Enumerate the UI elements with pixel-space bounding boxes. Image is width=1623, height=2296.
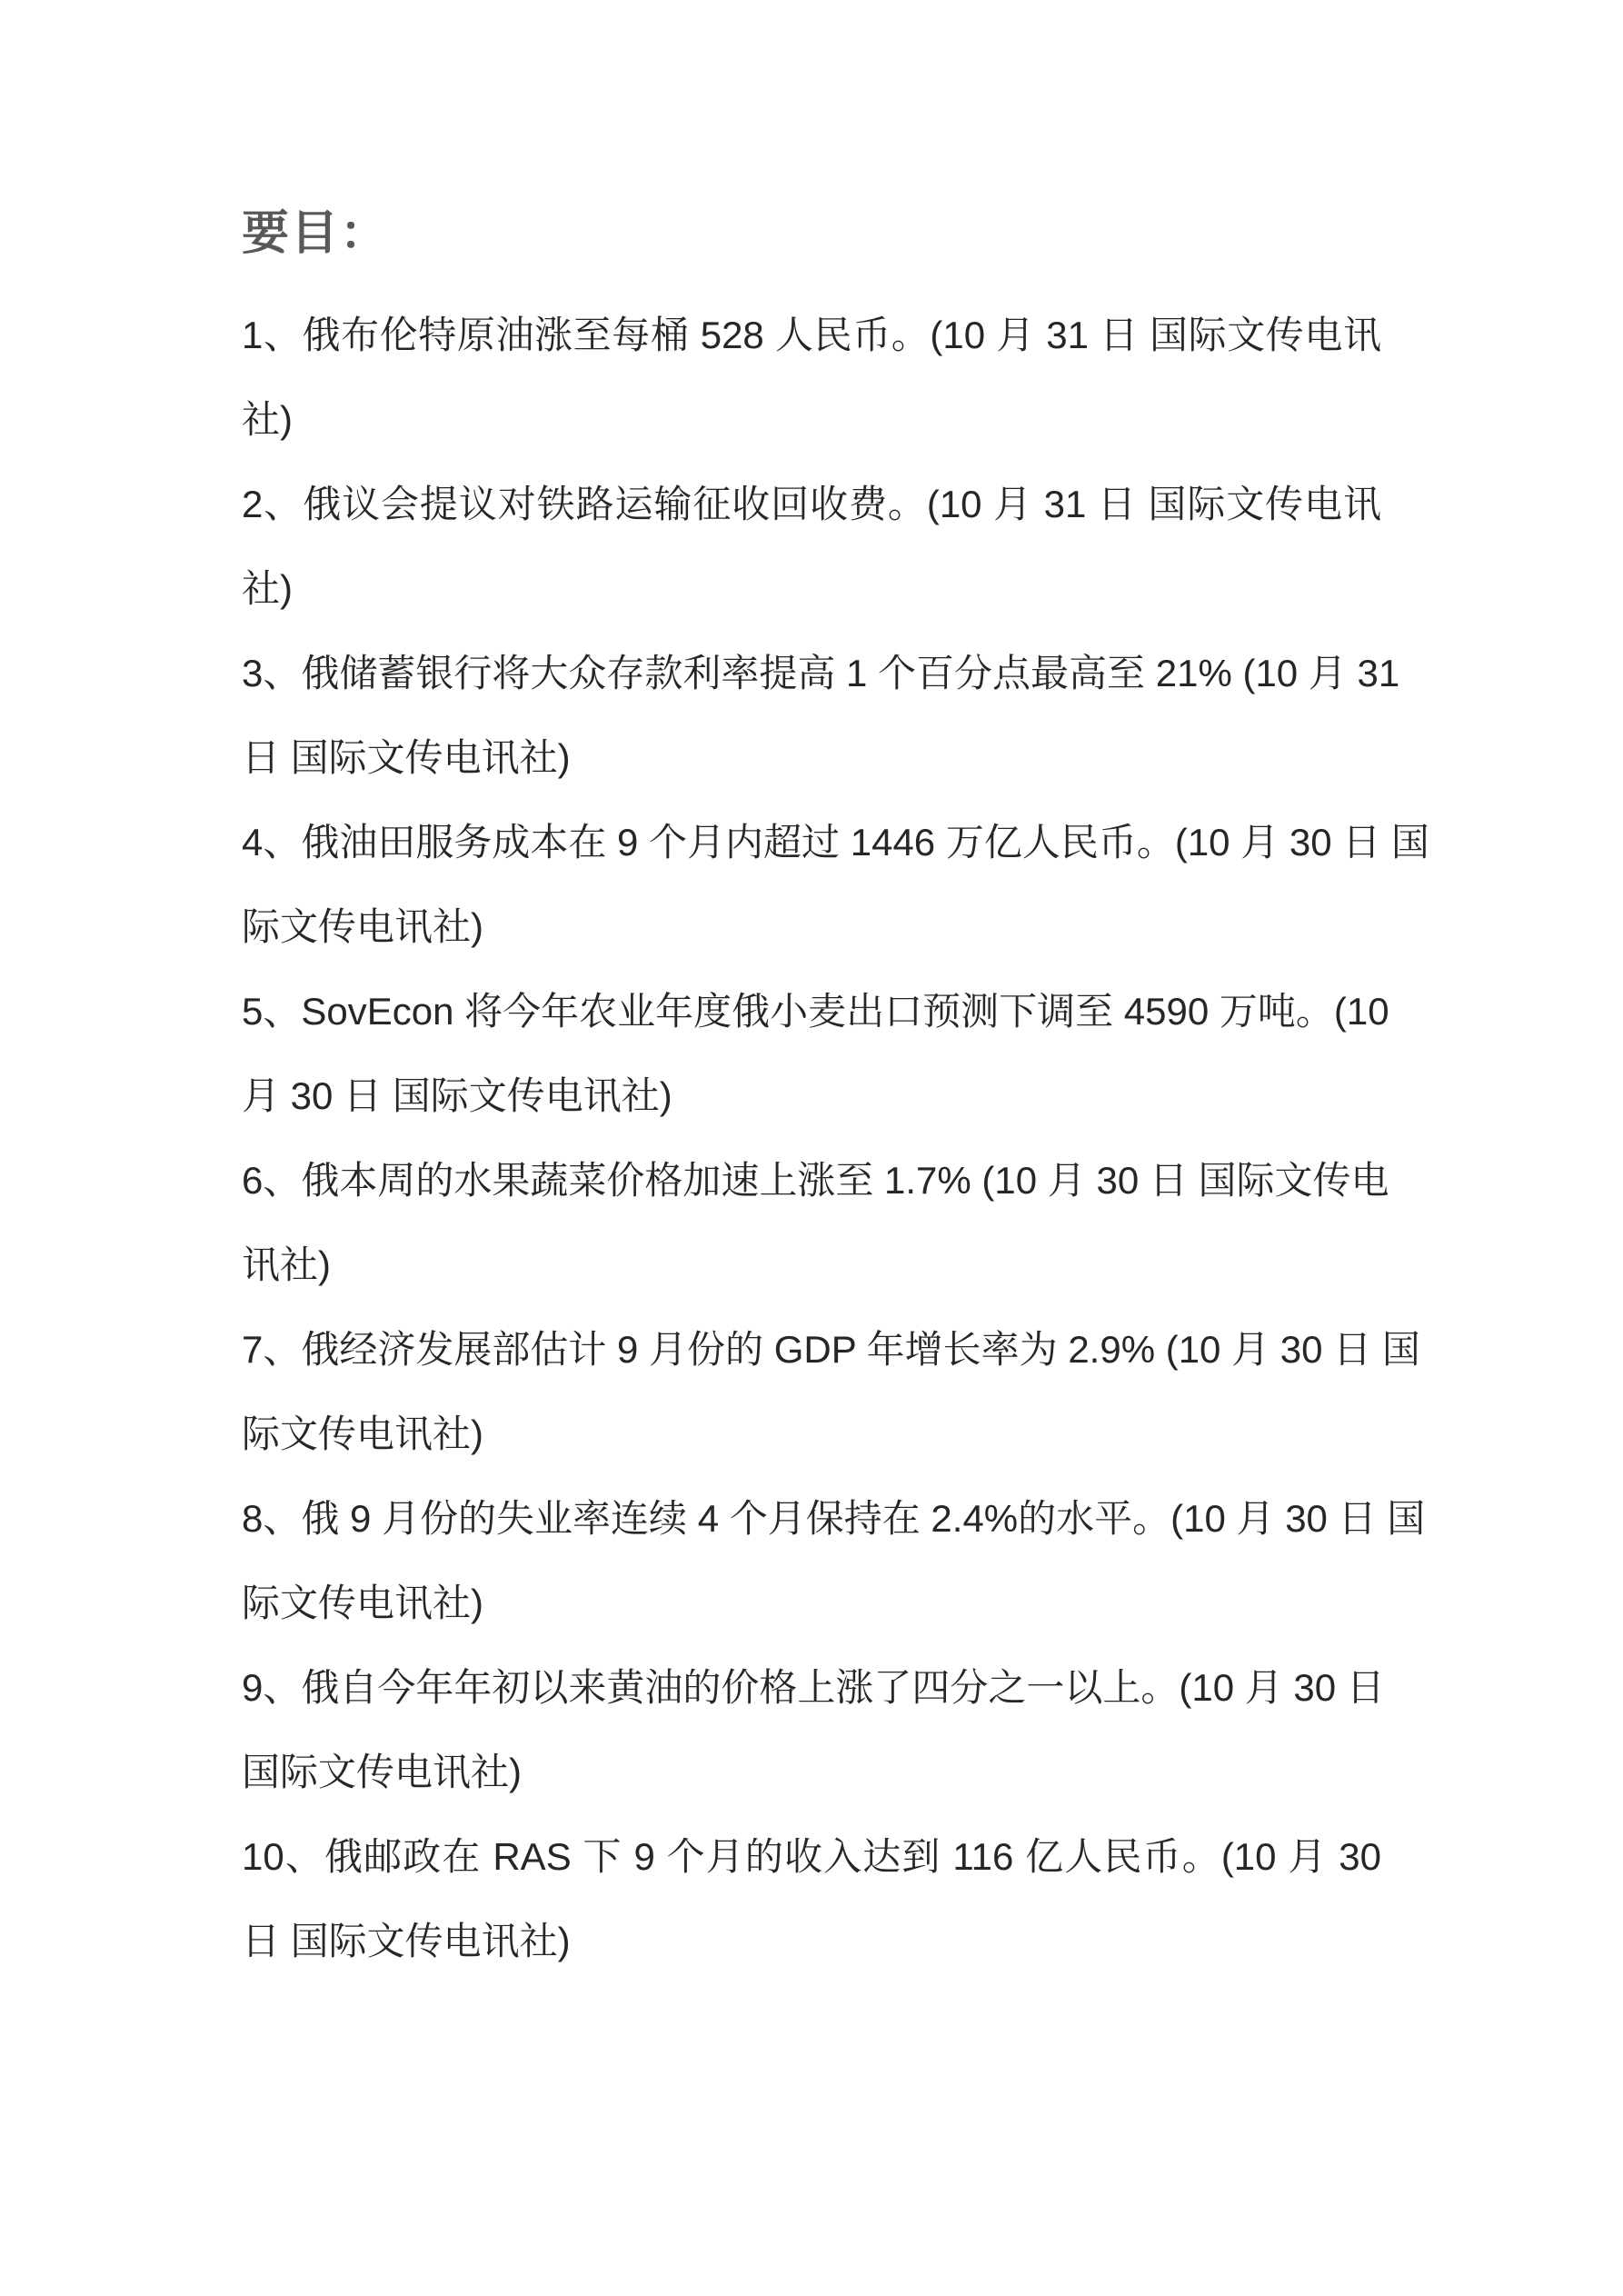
news-item-5-line-1: 5、SovEcon 将今年农业年度俄小麦出口预测下调至 4590 万吨。(10 xyxy=(242,969,1381,1053)
news-item-7-line-2: 际文传电讯社) xyxy=(242,1392,1381,1476)
news-item-5-line-2: 月 30 日 国际文传电讯社) xyxy=(242,1053,1381,1138)
page-title: 要目： xyxy=(242,205,389,262)
news-item-10-line-2: 日 国际文传电讯社) xyxy=(242,1899,1381,1983)
news-item-2-line-1: 2、俄议会提议对铁路运输征收回收费。(10 月 31 日 国际文传电讯 xyxy=(242,462,1381,546)
news-item-1-line-1: 1、俄布伦特原油涨至每桶 528 人民币。(10 月 31 日 国际文传电讯 xyxy=(242,293,1381,377)
news-item-7-line-1: 7、俄经济发展部估计 9 月份的 GDP 年增长率为 2.9% (10 月 30… xyxy=(242,1307,1381,1392)
news-list: 1、俄布伦特原油涨至每桶 528 人民币。(10 月 31 日 国际文传电讯社)… xyxy=(242,293,1381,1983)
news-item-2-line-2: 社) xyxy=(242,546,1381,631)
news-item-6-line-1: 6、俄本周的水果蔬菜价格加速上涨至 1.7% (10 月 30 日 国际文传电 xyxy=(242,1138,1381,1223)
news-item-8-line-1: 8、俄 9 月份的失业率连续 4 个月保持在 2.4%的水平。(10 月 30 … xyxy=(242,1476,1381,1561)
news-item-8-line-2: 际文传电讯社) xyxy=(242,1561,1381,1645)
news-item-9-line-1: 9、俄自今年年初以来黄油的价格上涨了四分之一以上。(10 月 30 日 xyxy=(242,1645,1381,1730)
news-item-6-line-2: 讯社) xyxy=(242,1223,1381,1307)
document-page: 要目： 1、俄布伦特原油涨至每桶 528 人民币。(10 月 31 日 国际文传… xyxy=(0,0,1623,2296)
news-item-9-line-2: 国际文传电讯社) xyxy=(242,1730,1381,1814)
news-item-3-line-2: 日 国际文传电讯社) xyxy=(242,715,1381,800)
news-item-1-line-2: 社) xyxy=(242,377,1381,462)
news-item-4-line-1: 4、俄油田服务成本在 9 个月内超过 1446 万亿人民币。(10 月 30 日… xyxy=(242,800,1381,884)
news-item-3-line-1: 3、俄储蓄银行将大众存款利率提高 1 个百分点最高至 21% (10 月 31 xyxy=(242,631,1381,715)
news-item-10-line-1: 10、俄邮政在 RAS 下 9 个月的收入达到 116 亿人民币。(10 月 3… xyxy=(242,1814,1381,1899)
news-item-4-line-2: 际文传电讯社) xyxy=(242,884,1381,969)
